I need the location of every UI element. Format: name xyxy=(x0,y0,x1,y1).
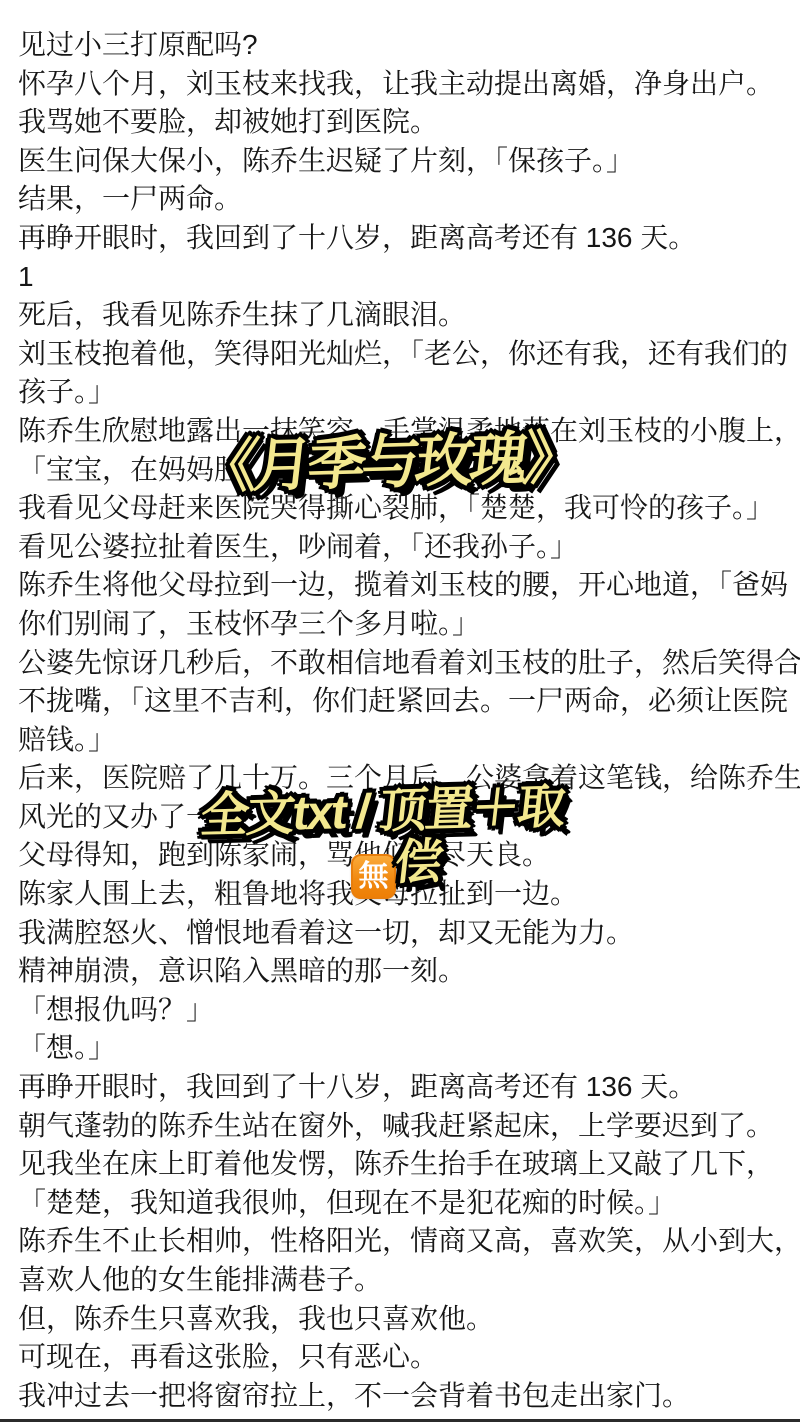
text-line: 医生问保大保小，陈乔生迟疑了片刻，「保孩子。」 xyxy=(18,142,784,181)
text-line: 再睁开眼时，我回到了十八岁，距离高考还有 136 天。 xyxy=(18,219,784,258)
text-line: 「想报仇吗？」 xyxy=(18,991,784,1030)
text-line: 我满腔怒火、憎恨地看着这一切，却又无能为力。 xyxy=(18,914,784,953)
text-line: 死后，我看见陈乔生抹了几滴眼泪。 xyxy=(18,296,784,335)
text-line: 我骂她不要脸，却被她打到医院。 xyxy=(18,103,784,142)
text-line: 我看见父母赶来医院哭得撕心裂肺，「楚楚，我可怜的孩子。」 xyxy=(18,489,784,528)
text-line: 不拢嘴，「这里不吉利，你们赶紧回去。一尸两命，必须让医院 xyxy=(18,682,784,721)
text-line: 陈乔生不止长相帅，性格阳光，情商又高，喜欢笑，从小到大， xyxy=(18,1222,784,1261)
text-line: 孩子。」 xyxy=(18,373,784,412)
text-line: 你们别闹了，玉枝怀孕三个多月啦。」 xyxy=(18,605,784,644)
text-line: 刘玉枝抱着他，笑得阳光灿烂，「老公，你还有我，还有我们的 xyxy=(18,335,784,374)
text-line: 父母得知，跑到陈家闹，骂他们丧尽天良。 xyxy=(18,836,784,875)
text-line: 后来，医院赔了几十万。三个月后，公婆拿着这笔钱，给陈乔生 xyxy=(18,759,784,798)
story-text: 见过小三打原配吗?怀孕八个月，刘玉枝来找我，让我主动提出离婚，净身出户。我骂她不… xyxy=(18,26,784,1415)
text-line: 1 xyxy=(18,258,784,297)
text-line: 公婆先惊讶几秒后，不敢相信地看着刘玉枝的肚子，然后笑得合 xyxy=(18,644,784,683)
text-line: 陈家人围上去，粗鲁地将我父母拉扯到一边。 xyxy=(18,875,784,914)
text-line: 「楚楚，我知道我很帅，但现在不是犯花痴的时候。」 xyxy=(18,1184,784,1223)
text-line: 「想。」 xyxy=(18,1029,784,1068)
text-line: 但，陈乔生只喜欢我，我也只喜欢他。 xyxy=(18,1300,784,1339)
text-line: 风光的又办了一 xyxy=(18,798,784,837)
text-line: 再睁开眼时，我回到了十八岁，距离高考还有 136 天。 xyxy=(18,1068,784,1107)
text-line: 看见公婆拉扯着医生，吵闹着，「还我孙子。」 xyxy=(18,528,784,567)
text-line: 见过小三打原配吗? xyxy=(18,26,784,65)
text-line: 精神崩溃，意识陷入黑暗的那一刻。 xyxy=(18,952,784,991)
text-line: 「宝宝，在妈妈肚 xyxy=(18,451,784,490)
text-line: 可现在，再看这张脸，只有恶心。 xyxy=(18,1338,784,1377)
text-line: 怀孕八个月，刘玉枝来找我，让我主动提出离婚，净身出户。 xyxy=(18,65,784,104)
text-line: 朝气蓬勃的陈乔生站在窗外，喊我赶紧起床，上学要迟到了。 xyxy=(18,1107,784,1146)
text-line: 结果，一尸两命。 xyxy=(18,180,784,219)
text-line: 见我坐在床上盯着他发愣，陈乔生抬手在玻璃上又敲了几下， xyxy=(18,1145,784,1184)
text-line: 陈乔生欣慰地露出一抹笑容，手掌温柔地落在刘玉枝的小腹上， xyxy=(18,412,784,451)
text-line: 陈乔生将他父母拉到一边，揽着刘玉枝的腰，开心地道，「爸妈 xyxy=(18,566,784,605)
text-line: 我冲过去一把将窗帘拉上，不一会背着书包走出家门。 xyxy=(18,1377,784,1416)
text-line: 赔钱。」 xyxy=(18,721,784,760)
text-line: 喜欢人他的女生能排满巷子。 xyxy=(18,1261,784,1300)
